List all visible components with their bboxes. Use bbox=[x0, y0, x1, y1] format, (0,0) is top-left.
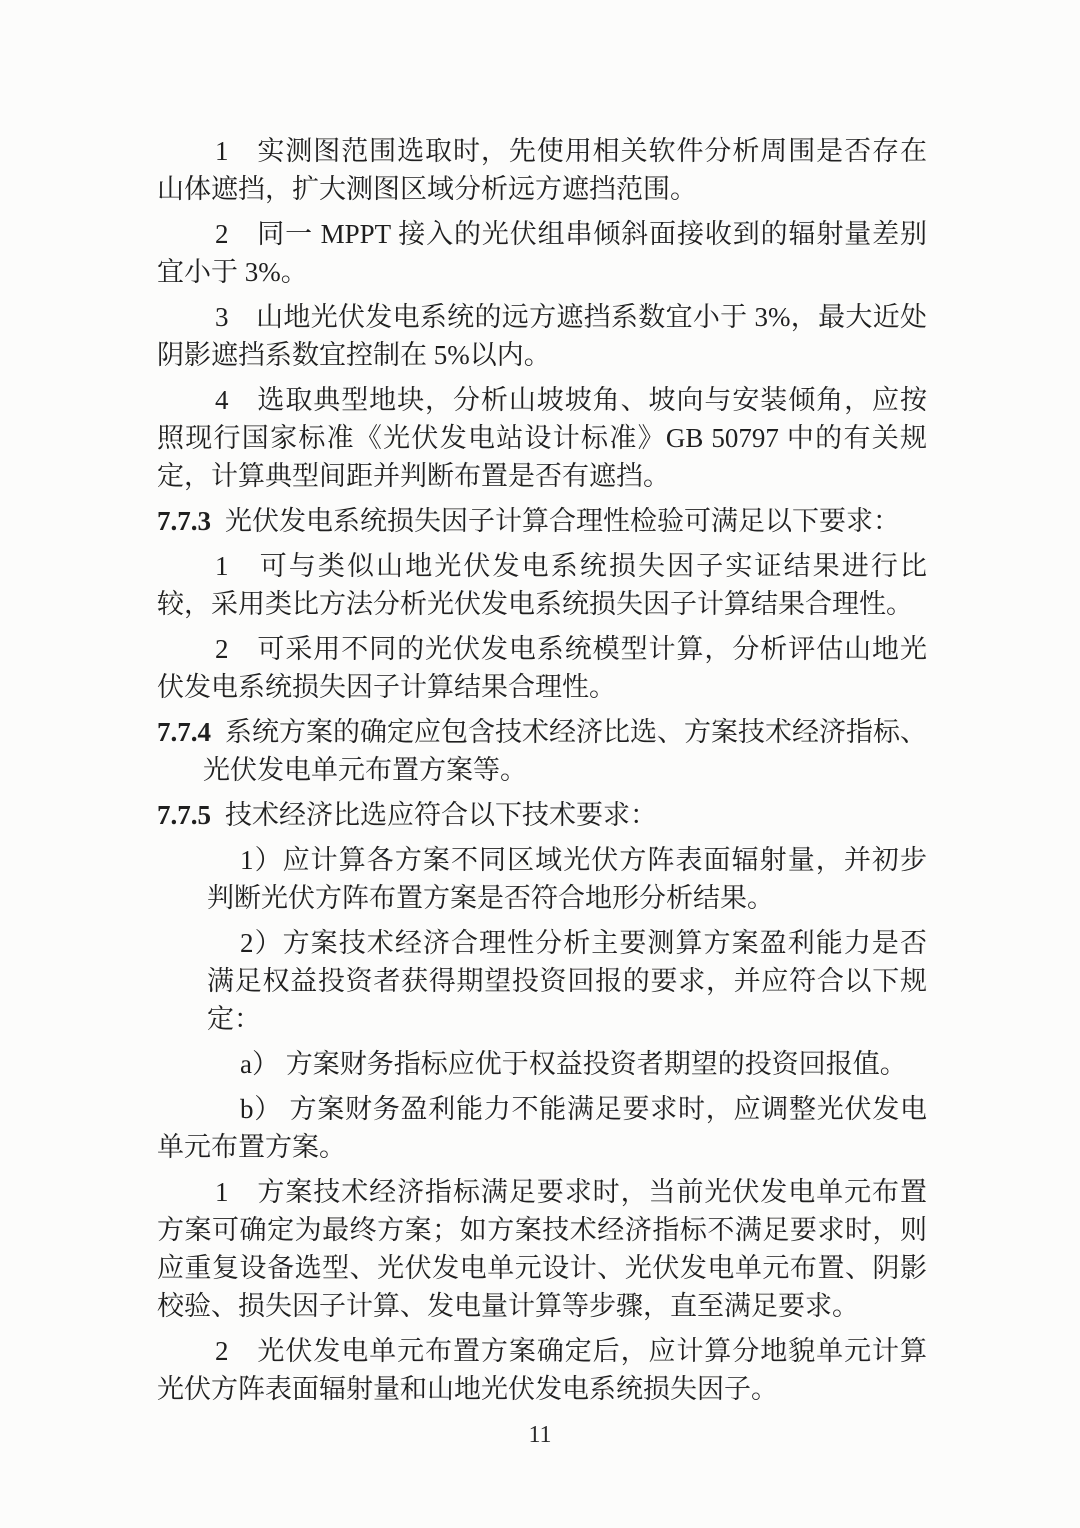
paragraph-text: 2 可采用不同的光伏发电系统模型计算，分析评估山地光伏发电系统损失因子计算结果合… bbox=[157, 634, 927, 702]
paragraph-text: 1 可与类似山地光伏发电系统损失因子实证结果进行比较，采用类比方法分析光伏发电系… bbox=[157, 551, 927, 619]
paragraph-text: 1）应计算各方案不同区域光伏方阵表面辐射量，并初步判断光伏方阵布置方案是否符合地… bbox=[207, 845, 927, 913]
paragraph-text: 技术经济比选应符合以下技术要求： bbox=[225, 800, 657, 830]
paragraph: 2 同一 MPPT 接入的光伏组串倾斜面接收到的辐射量差别宜小于 3%。 bbox=[157, 215, 927, 291]
paragraph-text: 1 实测图范围选取时，先使用相关软件分析周围是否存在山体遮挡，扩大测图区域分析远… bbox=[157, 136, 927, 204]
paragraph-text: b） 方案财务盈利能力不能满足要求时，应调整光伏发电单元布置方案。 bbox=[157, 1094, 927, 1162]
paragraph-text: 4 选取典型地块，分析山坡坡角、坡向与安装倾角，应按照现行国家标准《光伏发电站设… bbox=[157, 385, 927, 491]
paragraph-text: 3 山地光伏发电系统的远方遮挡系数宜小于 3%，最大近处阴影遮挡系数宜控制在 5… bbox=[157, 302, 927, 370]
paragraph: 1 实测图范围选取时，先使用相关软件分析周围是否存在山体遮挡，扩大测图区域分析远… bbox=[157, 132, 927, 208]
paragraph: 2 光伏发电单元布置方案确定后，应计算分地貌单元计算光伏方阵表面辐射量和山地光伏… bbox=[157, 1332, 927, 1408]
paragraph: a） 方案财务指标应优于权益投资者期望的投资回报值。 bbox=[157, 1045, 927, 1083]
paragraph-text: 1 方案技术经济指标满足要求时，当前光伏发电单元布置方案可确定为最终方案；如方案… bbox=[157, 1177, 927, 1321]
paragraph-text: 2）方案技术经济合理性分析主要测算方案盈利能力是否满足权益投资者获得期望投资回报… bbox=[207, 928, 927, 1034]
clause-paragraph: 7.7.5技术经济比选应符合以下技术要求： bbox=[157, 796, 927, 834]
clause-number: 7.7.4 bbox=[157, 717, 211, 747]
paragraph-text: 2 同一 MPPT 接入的光伏组串倾斜面接收到的辐射量差别宜小于 3%。 bbox=[157, 219, 927, 287]
paragraph: 3 山地光伏发电系统的远方遮挡系数宜小于 3%，最大近处阴影遮挡系数宜控制在 5… bbox=[157, 298, 927, 374]
clause-number: 7.7.3 bbox=[157, 506, 211, 536]
clause-paragraph: 7.7.4系统方案的确定应包含技术经济比选、方案技术经济指标、光伏发电单元布置方… bbox=[157, 713, 927, 789]
paragraph: 1 可与类似山地光伏发电系统损失因子实证结果进行比较，采用类比方法分析光伏发电系… bbox=[157, 547, 927, 623]
paragraph: 4 选取典型地块，分析山坡坡角、坡向与安装倾角，应按照现行国家标准《光伏发电站设… bbox=[157, 381, 927, 495]
paragraph-text: 光伏发电系统损失因子计算合理性检验可满足以下要求： bbox=[225, 506, 900, 536]
paragraph: b） 方案财务盈利能力不能满足要求时，应调整光伏发电单元布置方案。 bbox=[157, 1090, 927, 1166]
page-number: 11 bbox=[0, 1420, 1080, 1450]
clause-number: 7.7.5 bbox=[157, 800, 211, 830]
paragraph-text: 2 光伏发电单元布置方案确定后，应计算分地貌单元计算光伏方阵表面辐射量和山地光伏… bbox=[157, 1336, 927, 1404]
paragraph: 2 可采用不同的光伏发电系统模型计算，分析评估山地光伏发电系统损失因子计算结果合… bbox=[157, 630, 927, 706]
paragraph: 1）应计算各方案不同区域光伏方阵表面辐射量，并初步判断光伏方阵布置方案是否符合地… bbox=[157, 841, 927, 917]
document-page: 1 实测图范围选取时，先使用相关软件分析周围是否存在山体遮挡，扩大测图区域分析远… bbox=[0, 0, 1080, 1528]
document-body: 1 实测图范围选取时，先使用相关软件分析周围是否存在山体遮挡，扩大测图区域分析远… bbox=[157, 132, 927, 1415]
paragraph-text: 系统方案的确定应包含技术经济比选、方案技术经济指标、光伏发电单元布置方案等。 bbox=[203, 717, 927, 785]
paragraph: 1 方案技术经济指标满足要求时，当前光伏发电单元布置方案可确定为最终方案；如方案… bbox=[157, 1173, 927, 1325]
paragraph-text: a） 方案财务指标应优于权益投资者期望的投资回报值。 bbox=[240, 1049, 907, 1079]
paragraph: 2）方案技术经济合理性分析主要测算方案盈利能力是否满足权益投资者获得期望投资回报… bbox=[157, 924, 927, 1038]
clause-paragraph: 7.7.3光伏发电系统损失因子计算合理性检验可满足以下要求： bbox=[157, 502, 927, 540]
